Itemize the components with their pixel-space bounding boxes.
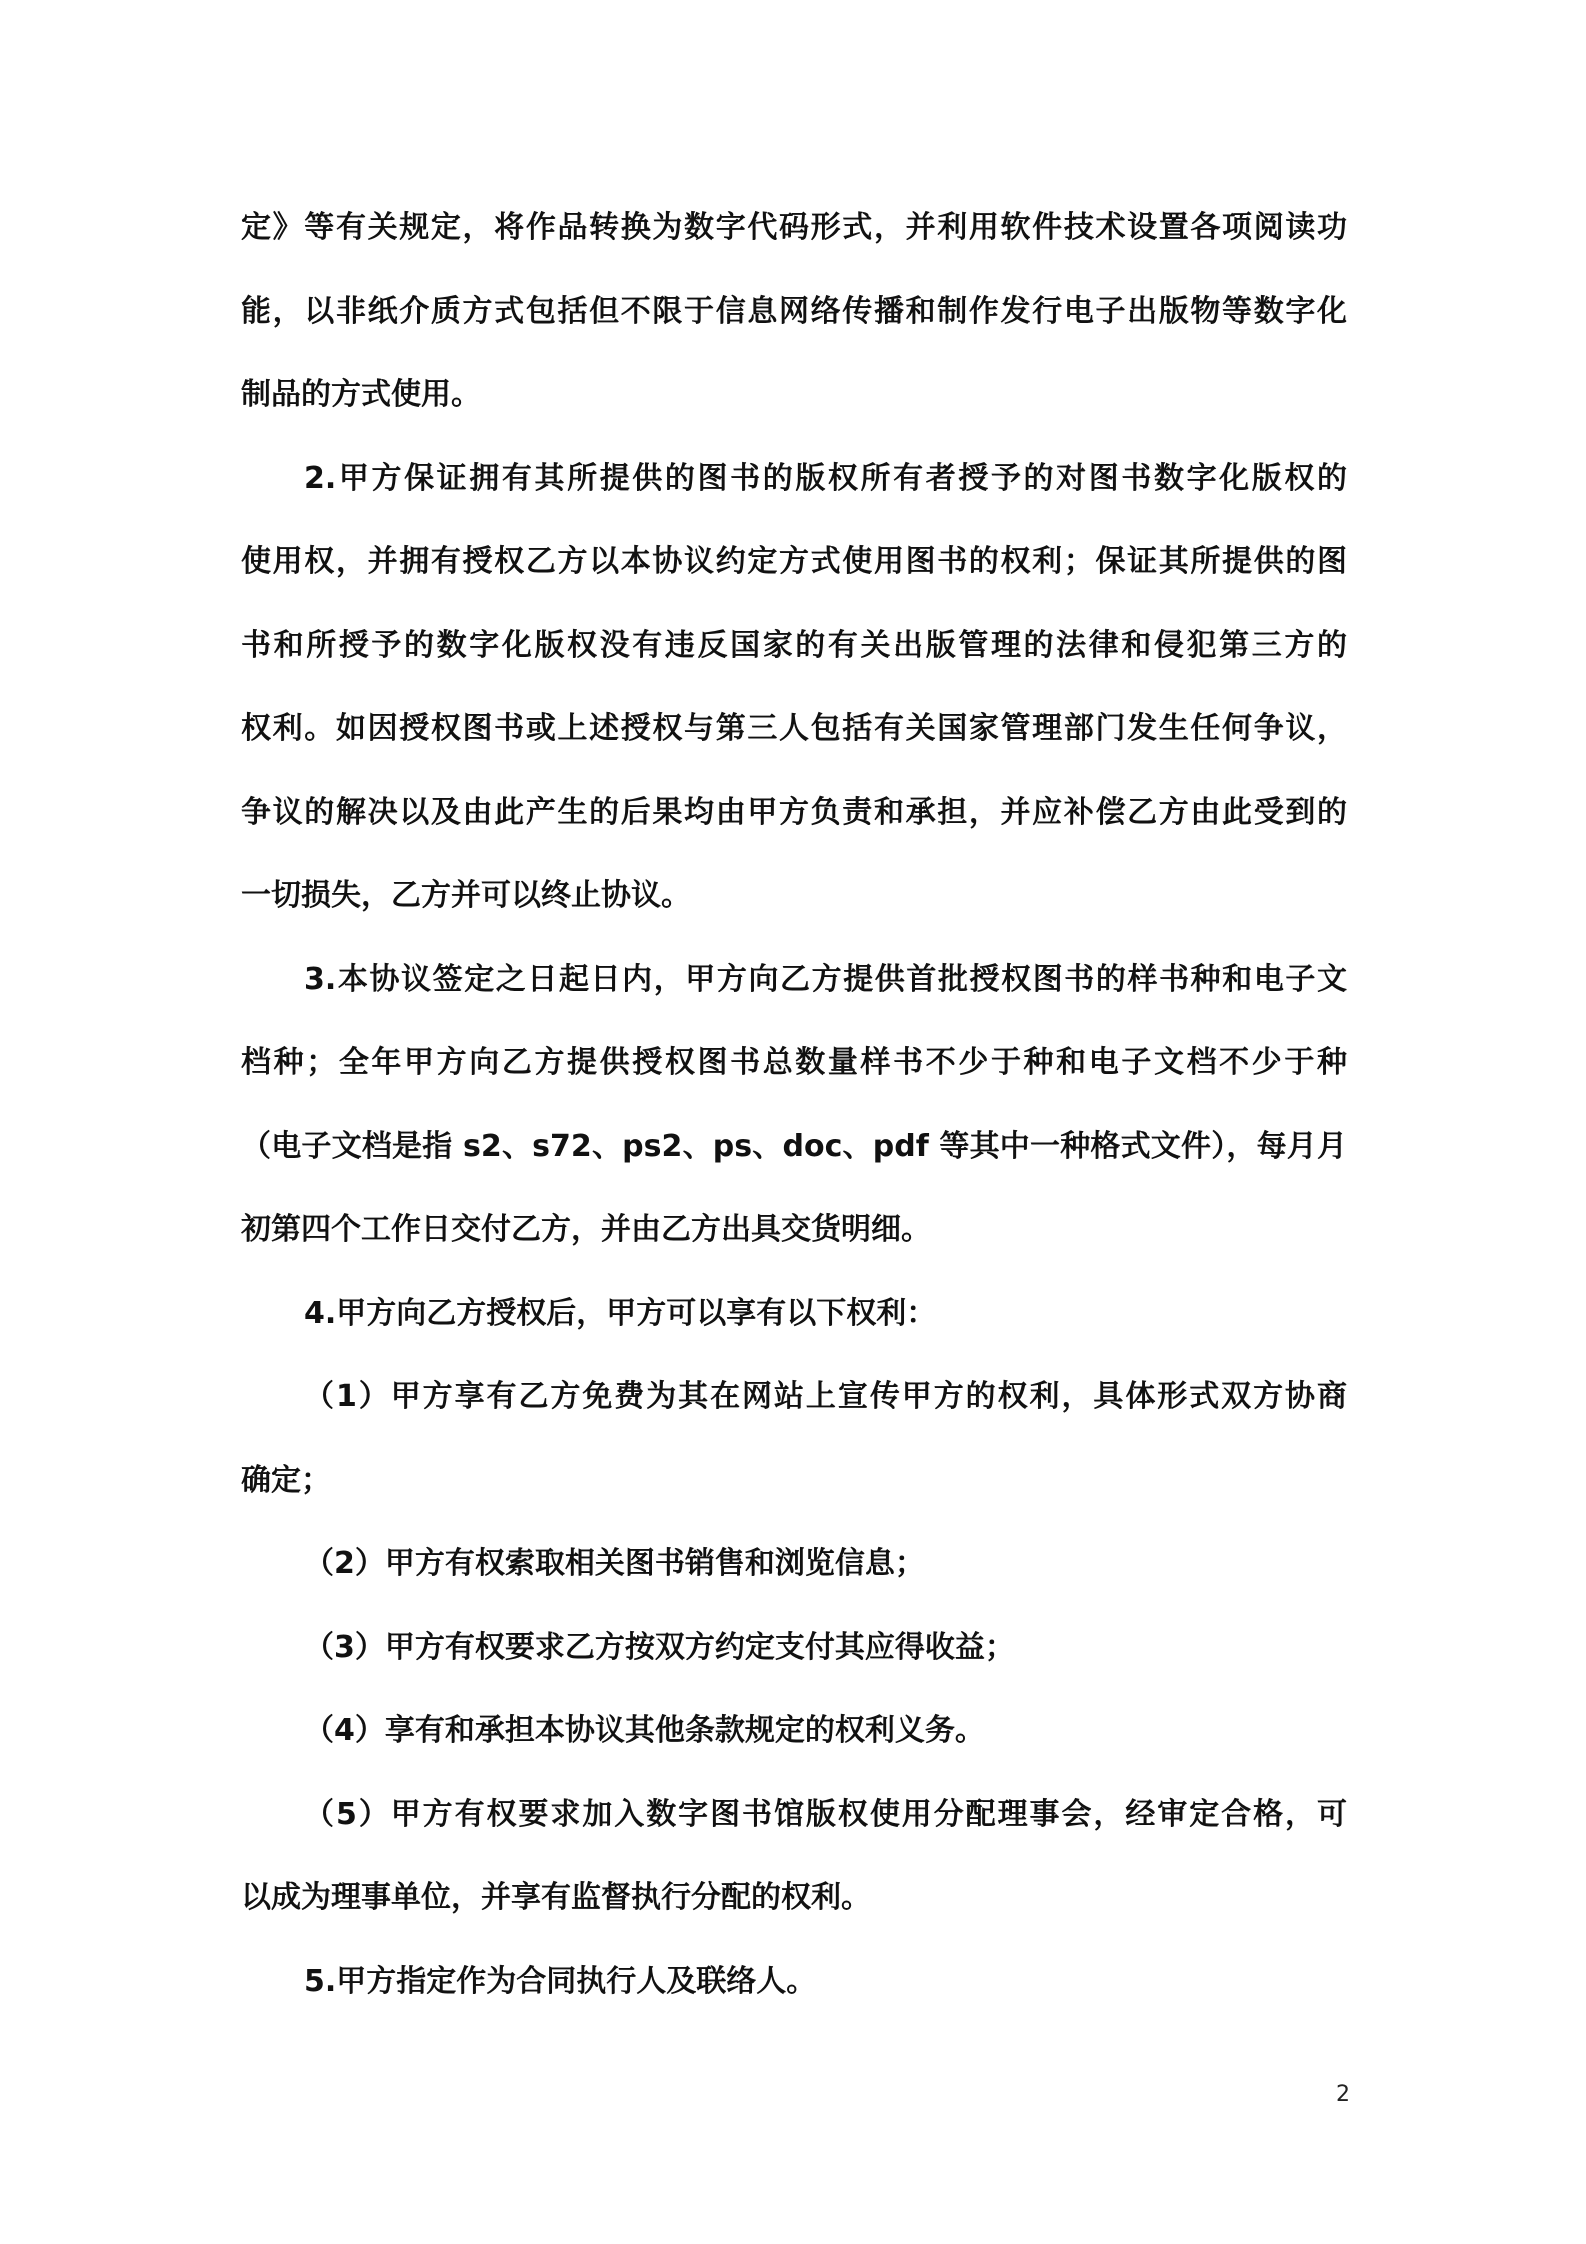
clause-2-start: 2.甲方保证拥有其所提供的图书的版权所有者授予的对图书数字化版权的 xyxy=(241,437,1347,521)
text-line: 确定； xyxy=(241,1439,1347,1523)
clause-4-item-5: （5）甲方有权要求加入数字图书馆版权使用分配理事会，经审定合格，可 xyxy=(241,1773,1347,1857)
clause-5: 5.甲方指定作为合同执行人及联络人。 xyxy=(241,1940,1347,2024)
text-line: 档种；全年甲方向乙方提供授权图书总数量样书不少于种和电子文档不少于种 xyxy=(241,1021,1347,1105)
document-page: 定》等有关规定，将作品转换为数字代码形式，并利用软件技术设置各项阅读功 能，以非… xyxy=(0,0,1586,2244)
clause-4-item-2: （2）甲方有权索取相关图书销售和浏览信息； xyxy=(241,1522,1347,1606)
clause-3-start: 3.本协议签定之日起日内，甲方向乙方提供首批授权图书的样书种和电子文 xyxy=(241,938,1347,1022)
text-line: （电子文档是指 s2、s72、ps2、ps、doc、pdf 等其中一种格式文件）… xyxy=(241,1105,1347,1189)
text-line: 定》等有关规定，将作品转换为数字代码形式，并利用软件技术设置各项阅读功 xyxy=(241,186,1347,270)
clause-4-heading: 4.甲方向乙方授权后，甲方可以享有以下权利： xyxy=(241,1272,1347,1356)
clause-4-item-1: （1）甲方享有乙方免费为其在网站上宣传甲方的权利，具体形式双方协商 xyxy=(241,1355,1347,1439)
text-line: 能，以非纸介质方式包括但不限于信息网络传播和制作发行电子出版物等数字化 xyxy=(241,270,1347,354)
text-line: 以成为理事单位，并享有监督执行分配的权利。 xyxy=(241,1856,1347,1940)
text-line: 初第四个工作日交付乙方，并由乙方出具交货明细。 xyxy=(241,1188,1347,1272)
text-line: 使用权，并拥有授权乙方以本协议约定方式使用图书的权利；保证其所提供的图 xyxy=(241,520,1347,604)
clause-4-item-3: （3）甲方有权要求乙方按双方约定支付其应得收益； xyxy=(241,1606,1347,1690)
text-line: 一切损失，乙方并可以终止协议。 xyxy=(241,854,1347,938)
page-number: 2 xyxy=(1336,2082,1350,2107)
text-line: 制品的方式使用。 xyxy=(241,353,1347,437)
document-body: 定》等有关规定，将作品转换为数字代码形式，并利用软件技术设置各项阅读功 能，以非… xyxy=(241,186,1347,2023)
text-line: 争议的解决以及由此产生的后果均由甲方负责和承担，并应补偿乙方由此受到的 xyxy=(241,771,1347,855)
clause-4-item-4: （4）享有和承担本协议其他条款规定的权利义务。 xyxy=(241,1689,1347,1773)
text-line: 书和所授予的数字化版权没有违反国家的有关出版管理的法律和侵犯第三方的 xyxy=(241,604,1347,688)
text-line: 权利。如因授权图书或上述授权与第三人包括有关国家管理部门发生任何争议， xyxy=(241,687,1347,771)
